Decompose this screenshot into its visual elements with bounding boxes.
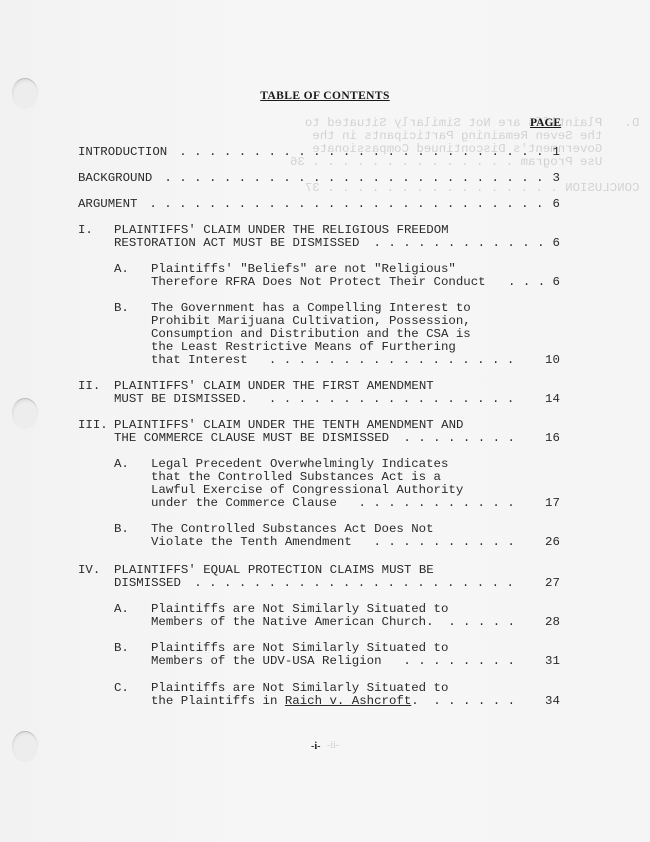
toc-entry-label: A.: [114, 603, 129, 616]
dot-leader: . . . . . . . . . .: [374, 536, 515, 549]
toc-entry-label: B.: [114, 523, 129, 536]
toc-page-number: 26: [545, 536, 560, 549]
toc-page-number: 6: [553, 237, 560, 250]
toc-page-number: 1: [553, 146, 560, 159]
toc-entry-section-i[interactable]: I.PLAINTIFFS' CLAIM UNDER THE RELIGIOUS …: [0, 224, 650, 250]
toc-entry-section-iii-b[interactable]: B.The Controlled Substances Act Does Not…: [0, 523, 650, 549]
dot-leader: . . . . . . . . . . .: [359, 497, 515, 510]
page-column-header: PAGE: [530, 117, 561, 129]
toc-entry-text: RESTORATION ACT MUST BE DISMISSED: [114, 237, 359, 250]
toc-entry-text: MUST BE DISMISSED.: [114, 393, 248, 406]
toc-entry-text: under the Commerce Clause: [151, 497, 337, 510]
dot-leader: . . . . . .: [433, 695, 515, 708]
toc-entry-argument[interactable]: ARGUMENT. . . . . . . . . . . . . . . . …: [0, 198, 650, 211]
toc-entry-section-i-b[interactable]: B.The Government has a Compelling Intere…: [0, 302, 650, 367]
dot-leader: . . . . . . . . . . . . . . . . . . . . …: [179, 146, 543, 159]
toc-entry-text: BACKGROUND: [78, 172, 152, 185]
toc-entry-text: ARGUMENT: [78, 198, 138, 211]
toc-page-number: 16: [545, 432, 560, 445]
toc-page-number: 3: [553, 172, 560, 185]
dot-leader: . . . . . . . . . . . . . . . . .: [269, 393, 514, 406]
toc-entry-text: DISMISSED: [114, 577, 181, 590]
toc-entry-text: the Plaintiffs in Raich v. Ashcroft.: [151, 695, 419, 708]
toc-entry-text: Therefore RFRA Does Not Protect Their Co…: [151, 276, 486, 289]
toc-entry-section-iv-a[interactable]: A.Plaintiffs are Not Similarly Situated …: [0, 603, 650, 629]
dot-leader: . . . . . . . .: [403, 655, 515, 668]
binder-hole: [12, 731, 38, 762]
toc-entry-label: IV.: [78, 564, 100, 577]
toc-entry-introduction[interactable]: INTRODUCTION. . . . . . . . . . . . . . …: [0, 146, 650, 159]
toc-entry-label: C.: [114, 682, 129, 695]
dot-leader: . . . . . . . . . . . . . . . . . . . . …: [164, 172, 543, 185]
toc-entry-section-i-a[interactable]: A.Plaintiffs' "Beliefs" are not "Religio…: [0, 263, 650, 289]
toc-entry-section-iv-b[interactable]: B.Plaintiffs are Not Similarly Situated …: [0, 642, 650, 668]
toc-page-number: 34: [545, 695, 560, 708]
document-page: D. Plaintiffs are Not Similarly Situated…: [0, 0, 650, 842]
case-citation: Raich v. Ashcroft: [285, 694, 411, 708]
toc-page-number: 6: [553, 198, 560, 211]
page-title: TABLE OF CONTENTS: [0, 90, 650, 102]
toc-entry-label: I.: [78, 224, 93, 237]
toc-entry-text: that Interest: [151, 354, 248, 367]
toc-entry-text: Members of the Native American Church.: [151, 616, 434, 629]
toc-entry-section-ii[interactable]: II.PLAINTIFFS' CLAIM UNDER THE FIRST AME…: [0, 380, 650, 406]
dot-leader: . . .: [508, 276, 545, 289]
toc-entry-label: A.: [114, 263, 129, 276]
dot-leader: . . . . . . . . . . . . . . . . . . . . …: [194, 577, 514, 590]
toc-entry-section-iii[interactable]: III.PLAINTIFFS' CLAIM UNDER THE TENTH AM…: [0, 419, 650, 445]
toc-page-number: 14: [545, 393, 560, 406]
dot-leader: . . . . . . . . . . . . . . . . .: [269, 354, 514, 367]
toc-page-number: 17: [545, 497, 560, 510]
toc-entry-section-iv-c[interactable]: C.Plaintiffs are Not Similarly Situated …: [0, 682, 650, 708]
dot-leader: . . . . . . . . . . . .: [374, 237, 545, 250]
toc-entry-section-iv[interactable]: IV.PLAINTIFFS' EQUAL PROTECTION CLAIMS M…: [0, 564, 650, 590]
toc-page-number: 10: [545, 354, 560, 367]
toc-page-number: 6: [553, 276, 560, 289]
toc-page-number: 27: [545, 577, 560, 590]
toc-entry-text: Violate the Tenth Amendment: [151, 536, 352, 549]
toc-entry-label: A.: [114, 458, 129, 471]
toc-entry-label: II.: [78, 380, 100, 393]
toc-entry-text: Members of the UDV-USA Religion: [151, 655, 382, 668]
toc-entry-background[interactable]: BACKGROUND. . . . . . . . . . . . . . . …: [0, 172, 650, 185]
dot-leader: . . . . .: [448, 616, 515, 629]
toc-entry-text: THE COMMERCE CLAUSE MUST BE DISMISSED: [114, 432, 389, 445]
dot-leader: . . . . . . . . . . . . . . . . . . . . …: [149, 198, 543, 211]
dot-leader: . . . . . . . .: [403, 432, 515, 445]
toc-entry-label: B.: [114, 642, 129, 655]
toc-page-number: 31: [545, 655, 560, 668]
toc-entry-label: B.: [114, 302, 129, 315]
page-number: -i-: [311, 741, 320, 752]
page-number-ghost: -ii-: [327, 740, 339, 751]
toc-entry-section-iii-a[interactable]: A.Legal Precedent Overwhelmingly Indicat…: [0, 458, 650, 510]
toc-page-number: 28: [545, 616, 560, 629]
toc-entry-label: III.: [78, 419, 108, 432]
toc-entry-text: INTRODUCTION: [78, 146, 167, 159]
